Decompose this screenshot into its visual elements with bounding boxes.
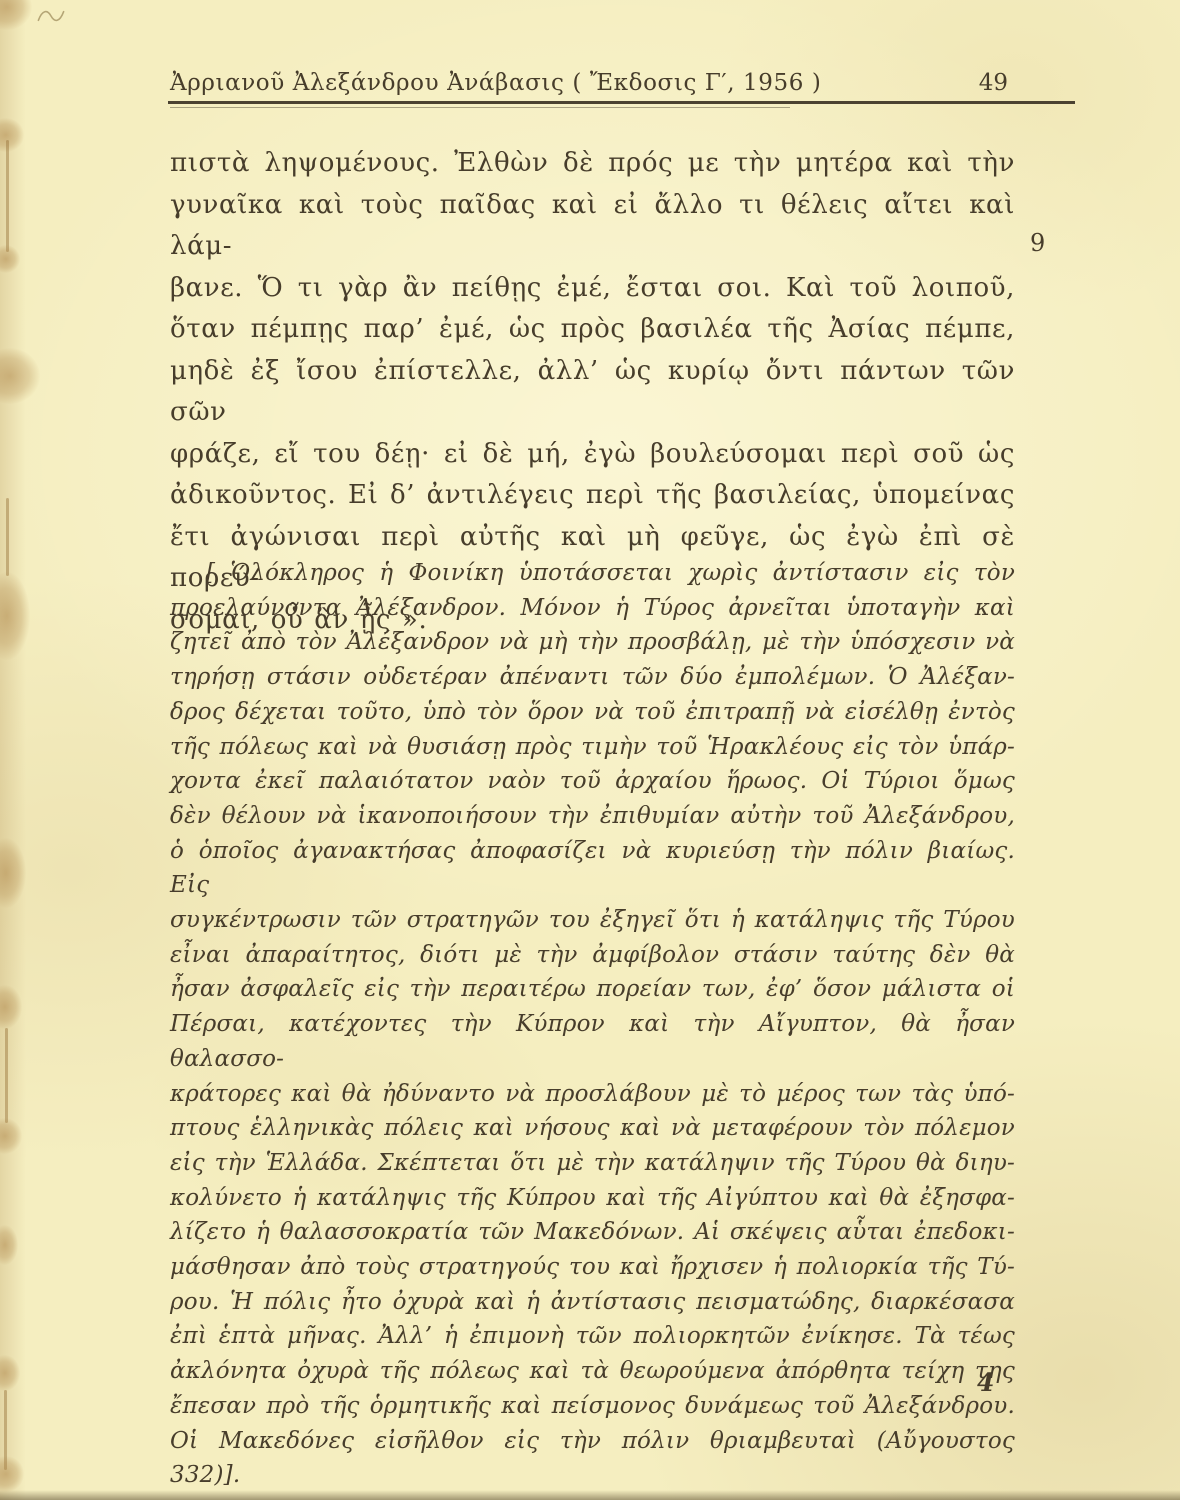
text-line: βανε. Ὅ τι γὰρ ἂν πείθῃς ἐμέ, ἔσται σοι.… (170, 268, 1015, 310)
text-line: φράζε, εἴ του δέῃ· εἰ δὲ μή, ἐγὼ βουλεύσ… (170, 434, 1015, 476)
text-line: συγκέντρωσιν τῶν στρατηγῶν του ἐξηγεῖ ὅτ… (170, 903, 1015, 938)
binding-stain (0, 1355, 20, 1391)
text-line: ὁ ὁποῖος ἀγανακτήσας ἀποφασίζει νὰ κυριε… (170, 834, 1015, 903)
section-number: 9 (1030, 229, 1045, 257)
binding-stain (0, 348, 40, 404)
binding-thread-mark (6, 140, 9, 252)
binding-stain (0, 118, 24, 152)
binding-thread-mark (6, 498, 9, 576)
text-line: προελαύνοντα Ἀλέξανδρον. Μόνον ἡ Τύρος ἀ… (170, 591, 1015, 626)
text-line: ρου. Ἡ πόλις ἦτο ὀχυρὰ καὶ ἡ ἀντίστασις … (170, 1285, 1015, 1320)
text-line: τῆς πόλεως καὶ νὰ θυσιάσῃ πρὸς τιμὴν τοῦ… (170, 730, 1015, 765)
binding-stain (0, 838, 26, 908)
pencil-squiggle-mark (35, 3, 67, 28)
text-line: [ Ὁλόκληρος ἡ Φοινίκη ὑποτάσσεται χωρὶς … (170, 556, 1015, 591)
scanned-book-page: { "page": { "paper_color": "#f5eec0", "i… (0, 0, 1180, 1500)
page-number: 49 (950, 70, 1008, 96)
text-line: ἦσαν ἀσφαλεῖς εἰς τὴν περαιτέρω πορείαν … (170, 972, 1015, 1007)
text-line: κολύνετο ἡ κατάληψις τῆς Κύπρου καὶ τῆς … (170, 1181, 1015, 1216)
binding-stain (0, 1225, 18, 1265)
text-line: πιστὰ ληψομένους. Ἐλθὼν δὲ πρός με τὴν μ… (170, 143, 1015, 185)
text-line: τηρήσῃ στάσιν οὐδετέραν ἀπέναντι τῶν δύο… (170, 660, 1015, 695)
text-line: ὅταν πέμπῃς παρ’ ἐμέ, ὡς πρὸς βασιλέα τῆ… (170, 309, 1015, 351)
text-line: ἐπὶ ἑπτὰ μῆνας. Ἀλλ’ ἡ ἐπιμονὴ τῶν πολιο… (170, 1319, 1015, 1354)
binding-stain (0, 985, 22, 1029)
text-line: ζητεῖ ἀπὸ τὸν Ἀλέξανδρον νὰ μὴ τὴν προσβ… (170, 625, 1015, 660)
text-line: πτους ἑλληνικὰς πόλεις καὶ νήσους καὶ νὰ… (170, 1111, 1015, 1146)
text-line: δὲν θέλουν νὰ ἱκανοποιήσουν τὴν ἐπιθυμία… (170, 799, 1015, 834)
page-left-edge-shadow (0, 0, 26, 1500)
text-line: μηδὲ ἐξ ἴσου ἐπίστελλε, ἀλλ’ ὡς κυρίῳ ὄν… (170, 351, 1015, 434)
text-line: μάσθησαν ἀπὸ τοὺς στρατηγούς του καὶ ἤρχ… (170, 1250, 1015, 1285)
binding-stain (0, 1456, 24, 1492)
binding-stain (0, 1118, 22, 1154)
text-line: δρος δέχεται τοῦτο, ὑπὸ τὸν ὅρον νὰ τοῦ … (170, 695, 1015, 730)
text-line: ἔπεσαν πρὸ τῆς ὁρμητικῆς καὶ πείσμονος δ… (170, 1389, 1015, 1424)
text-line: γυναῖκα καὶ τοὺς παῖδας καὶ εἰ ἄλλο τι θ… (170, 185, 1015, 268)
binding-stain (0, 572, 30, 660)
text-line: εἶναι ἀπαραίτητος, διότι μὲ τὴν ἀμφίβολο… (170, 938, 1015, 973)
binding-thread-mark (5, 1028, 8, 1123)
signature-number: 4 (977, 1368, 994, 1397)
binding-stain (0, 0, 32, 30)
binding-stain (0, 245, 20, 273)
summary-paragraph: [ Ὁλόκληρος ἡ Φοινίκη ὑποτάσσεται χωρὶς … (170, 556, 1015, 1493)
text-line: κράτορες καὶ θὰ ἠδύναντο νὰ προσλάβουν μ… (170, 1077, 1015, 1112)
text-line: ἀκλόνητα ὀχυρὰ τῆς πόλεως καὶ τὰ θεωρούμ… (170, 1354, 1015, 1389)
running-title: Ἀρριανοῦ Ἀλεξάνδρου Ἀνάβασις ( Ἔκδοσις Γ… (170, 70, 821, 96)
text-line: εἰς τὴν Ἑλλάδα. Σκέπτεται ὅτι μὲ τὴν κατ… (170, 1146, 1015, 1181)
text-line: Πέρσαι, κατέχοντες τὴν Κύπρον καὶ τὴν Αἴ… (170, 1007, 1015, 1076)
text-line: Οἱ Μακεδόνες εἰσῆλθον εἰς τὴν πόλιν θρια… (170, 1424, 1015, 1493)
header-rule (168, 101, 1075, 104)
binding-thread-mark (4, 1390, 7, 1470)
text-line: ἀδικοῦντος. Εἰ δ’ ἀντιλέγεις περὶ τῆς βα… (170, 475, 1015, 517)
text-line: λίζετο ἡ θαλασσοκρατία τῶν Μακεδόνων. Αἱ… (170, 1215, 1015, 1250)
text-line: χοντα ἐκεῖ παλαιότατον ναὸν τοῦ ἀρχαίου … (170, 764, 1015, 799)
